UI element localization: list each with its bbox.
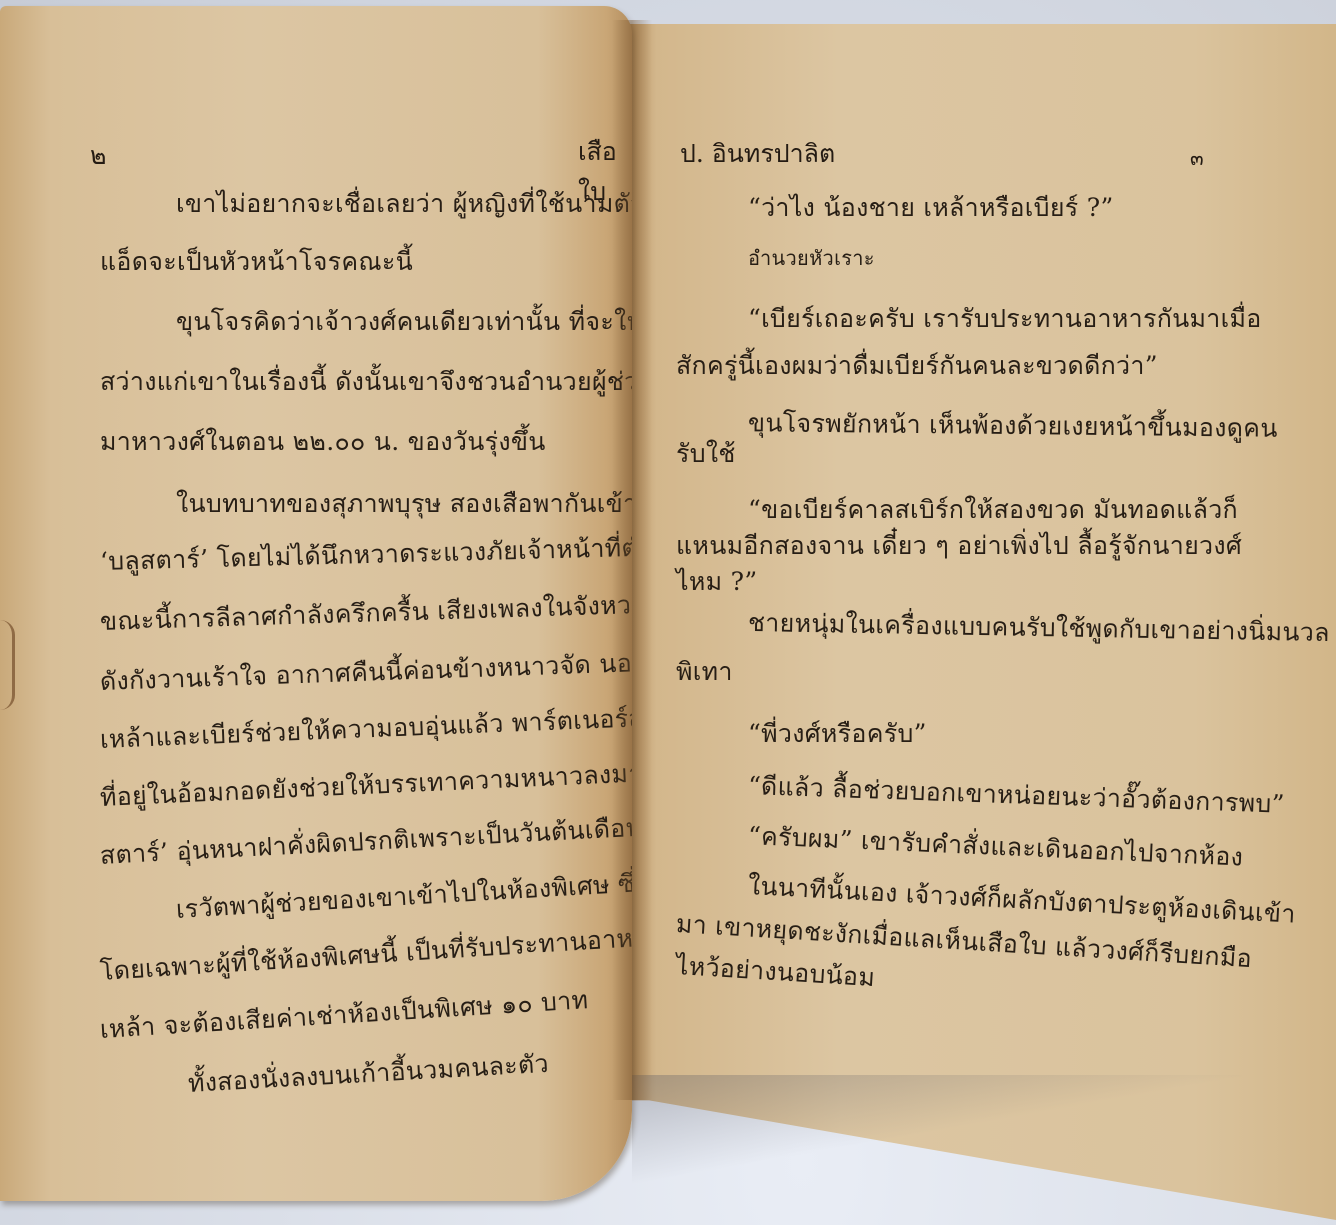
text-line: ในบทบาทของสุภาพบุรุษ สองเสือพากันเข้ามาใ… [176, 484, 632, 524]
text-line: เหล้าและเบียร์ช่วยให้ความอบอุ่นแล้ว พาร์… [99, 697, 632, 760]
left-page-body: เขาไม่อยากจะเชื่อเลยว่า ผู้หญิงที่ใช้นาม… [0, 6, 632, 1201]
text-line: แอ็ดจะเป็นหัวหน้าโจรคณะนี้ [100, 242, 413, 282]
text-line: ดังกังวานเร้าใจ อากาศคืนนี้ค่อนข้างหนาวจ… [99, 641, 632, 702]
text-line: ขุนโจรพยักหน้า เห็นพ้องด้วยเงยหน้าขึ้นมอ… [748, 403, 1278, 449]
text-line: ที่อยู่ในอ้อมกอดยังช่วยให้บรรเทาความหนาว… [99, 750, 632, 817]
text-line: แหนมอีกสองจาน เดี๋ยว ๆ อย่าเพิ่งไป ลื้อร… [676, 526, 1242, 566]
text-line: ทั้งสองนั่งลงบนเก้าอี้นวมคนละตัว [187, 1044, 550, 1104]
text-line: ขุนโจรคิดว่าเจ้าวงศ์คนเดียวเท่านั้น ที่จ… [176, 302, 632, 342]
text-line: “ขอเบียร์คาลสเบิร์กให้สองขวด มันทอดแล้วก… [748, 490, 1238, 530]
text-line: รับใช้ [676, 434, 736, 474]
text-line: “ดีแล้ว ลื้อช่วยบอกเขาหน่อยนะว่าอั๊วต้อง… [747, 766, 1285, 825]
text-line: ‘บลูสตาร์’ โดยไม่ได้นึกหวาดระแวงภัยเจ้าห… [99, 525, 632, 582]
text-line: สตาร์’ อุ่นหนาฝาคั่งผิดปรกติเพราะเป็นวัน… [99, 808, 632, 876]
right-page-number: ๓ [1190, 142, 1204, 174]
text-line: “พี่วงศ์หรือครับ” [748, 714, 927, 754]
text-line: ชายหนุ่มในเครื่องแบบคนรับใช้พูดกับเขาอย่… [748, 603, 1330, 653]
text-line: ไหม ?” [676, 562, 757, 602]
left-page: ๒ เสือใบ เขาไม่อยากจะเชื่อเลยว่า ผู้หญิง… [0, 6, 632, 1201]
text-line: อำนวยหัวเราะ [748, 242, 875, 274]
right-page: ป. อินทรปาลิต ๓ “ว่าไง น้องชาย เหล้าหรือ… [628, 24, 1336, 1220]
text-line: สักครู่นี้เองผมว่าดื่มเบียร์กันคนละขวดดี… [676, 346, 1158, 386]
text-line: เขาไม่อยากจะเชื่อเลยว่า ผู้หญิงที่ใช้นาม… [176, 184, 632, 224]
text-line: เหล้า จะต้องเสียค่าเช่าห้องเป็นพิเศษ ๑๐ … [99, 980, 590, 1050]
text-line: เรวัตพาผู้ช่วยของเขาเข้าไปในห้องพิเศษ ซึ… [175, 861, 632, 930]
text-line: “เบียร์เถอะครับ เรารับประทานอาหารกันมาเม… [748, 299, 1262, 339]
text-line: ขณะนี้การลีลาศกำลังครึกครื้น เสียงเพลงใน… [99, 583, 632, 642]
text-line: มาหาวงศ์ในตอน ๒๒.๐๐ น. ของวันรุ่งขึ้น [100, 422, 546, 462]
text-line: พิเทา [676, 652, 733, 692]
text-line: “ครับผม” เขารับคำสั่งและเดินออกไปจากห้อง [747, 816, 1244, 878]
right-running-head: ป. อินทรปาลิต [680, 134, 835, 174]
text-line: สว่างแก่เขาในเรื่องนี้ ดังนั้นเขาจึงชวนอ… [100, 362, 632, 402]
text-line: “ว่าไง น้องชาย เหล้าหรือเบียร์ ?” [748, 188, 1114, 228]
